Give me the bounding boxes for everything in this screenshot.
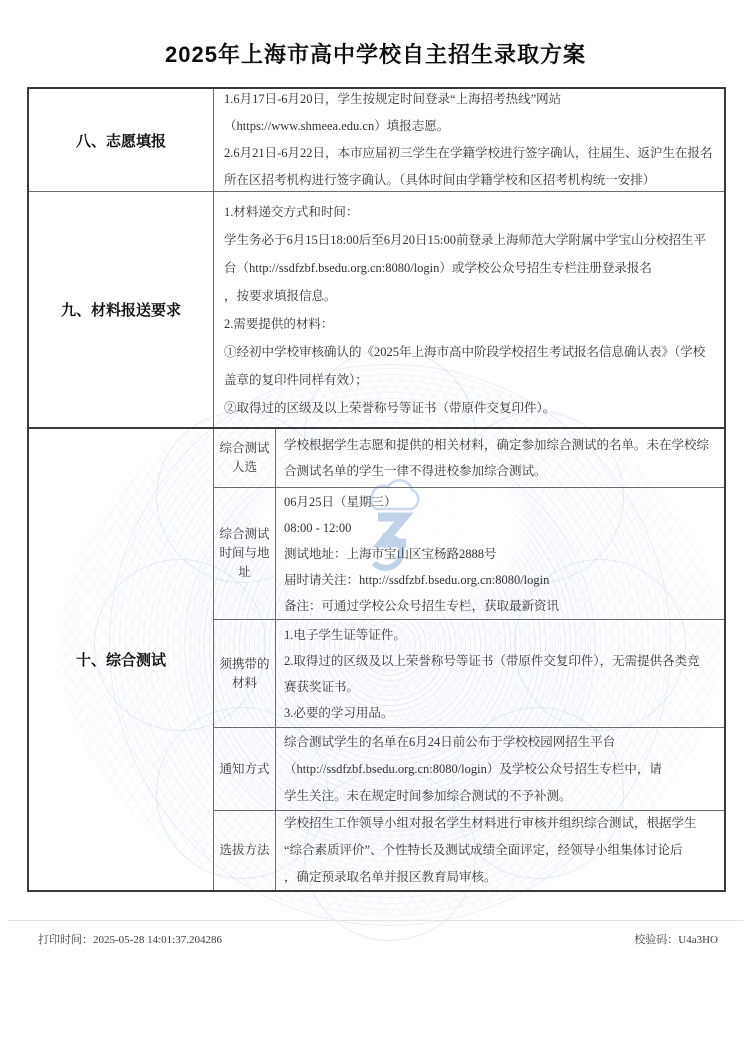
table-row-material-submission: 九、材料报送要求 1.材料递交方式和时间： 学生务必于6月15日18:00后至6…: [29, 192, 724, 429]
subrow-label: 选拔方法: [214, 811, 276, 890]
subrow-content-cell: 学校招生工作领导小组对报名学生材料进行审核并组织综合测试，根据学生 “综合素质评…: [276, 811, 724, 890]
cell-text: 1.材料递交方式和时间： 学生务必于6月15日18:00后至6月20日15:00…: [224, 198, 706, 422]
cell-text: 学校招生工作领导小组对报名学生材料进行审核并组织综合测试，根据学生 “综合素质评…: [284, 811, 697, 890]
subrow-required-materials: 须携带的 材料 1.电子学生证等证件。 2.取得过的区级及以上荣誉称号等证书（带…: [214, 620, 724, 728]
document-page: 2025年上海市高中学校自主招生录取方案 八、志愿填报 1.6月17日-6月20…: [0, 0, 751, 1063]
row-content-cell: 1.6月17日-6月20日，学生按规定时间登录“上海招考热线”网站 （https…: [214, 89, 724, 191]
subrow-label: 综合测试 人选: [214, 429, 276, 487]
document-title: 2025年上海市高中学校自主招生录取方案: [0, 38, 751, 69]
row-label: 八、志愿填报: [29, 89, 214, 191]
subrow-label: 须携带的 材料: [214, 620, 276, 727]
print-time: 打印时间：2025-05-28 14:01:37.204286: [38, 931, 222, 947]
cell-text: 06月25日（星期三） 08:00 - 12:00 测试地址：上海市宝山区宝杨路…: [284, 489, 559, 619]
admission-plan-table: 八、志愿填报 1.6月17日-6月20日，学生按规定时间登录“上海招考热线”网站…: [27, 87, 726, 892]
checksum: 校验码：U4a3HO: [634, 931, 718, 947]
table-row-comprehensive-test: 十、综合测试 综合测试 人选 学校根据学生志愿和提供的相关材料，确定参加综合测试…: [29, 429, 724, 890]
checksum-label: 校验码：: [634, 934, 678, 946]
print-time-label: 打印时间：: [38, 934, 93, 946]
subrow-test-time-location: 综合测试 时间与地 址 06月25日（星期三） 08:00 - 12:00 测试…: [214, 488, 724, 620]
subrow-label: 通知方式: [214, 728, 276, 810]
comprehensive-test-subrows: 综合测试 人选 学校根据学生志愿和提供的相关材料，确定参加综合测试的名单。未在学…: [214, 429, 724, 890]
subrow-notification-method: 通知方式 综合测试学生的名单在6月24日前公布于学校校园网招生平台 （http:…: [214, 728, 724, 811]
row-label: 十、综合测试: [29, 429, 214, 890]
cell-text: 综合测试学生的名单在6月24日前公布于学校校园网招生平台 （http://ssd…: [284, 729, 662, 810]
footer-divider: [8, 920, 743, 921]
subrow-selection-method: 选拔方法 学校招生工作领导小组对报名学生材料进行审核并组织综合测试，根据学生 “…: [214, 811, 724, 890]
subrow-content-cell: 学校根据学生志愿和提供的相关材料，确定参加综合测试的名单。未在学校综 合测试名单…: [276, 429, 724, 487]
subrow-test-candidates: 综合测试 人选 学校根据学生志愿和提供的相关材料，确定参加综合测试的名单。未在学…: [214, 429, 724, 488]
checksum-value: U4a3HO: [678, 934, 718, 946]
row-content-cell: 1.材料递交方式和时间： 学生务必于6月15日18:00后至6月20日15:00…: [214, 192, 724, 427]
subrow-label: 综合测试 时间与地 址: [214, 488, 276, 619]
subrow-content-cell: 综合测试学生的名单在6月24日前公布于学校校园网招生平台 （http://ssd…: [276, 728, 724, 810]
print-time-value: 2025-05-28 14:01:37.204286: [93, 934, 222, 946]
row-label: 九、材料报送要求: [29, 192, 214, 427]
cell-text: 学校根据学生志愿和提供的相关材料，确定参加综合测试的名单。未在学校综 合测试名单…: [284, 432, 709, 484]
table-row-volunteer-filling: 八、志愿填报 1.6月17日-6月20日，学生按规定时间登录“上海招考热线”网站…: [29, 89, 724, 192]
subrow-content-cell: 1.电子学生证等证件。 2.取得过的区级及以上荣誉称号等证书（带原件交复印件），…: [276, 620, 724, 727]
cell-text: 1.电子学生证等证件。 2.取得过的区级及以上荣誉称号等证书（带原件交复印件），…: [284, 622, 700, 726]
cell-text: 1.6月17日-6月20日，学生按规定时间登录“上海招考热线”网站 （https…: [224, 89, 713, 191]
subrow-content-cell: 06月25日（星期三） 08:00 - 12:00 测试地址：上海市宝山区宝杨路…: [276, 488, 724, 619]
